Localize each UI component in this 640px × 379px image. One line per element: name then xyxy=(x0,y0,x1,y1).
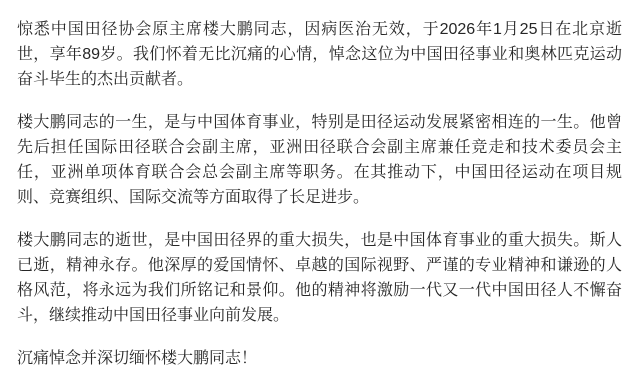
paragraph-legacy-tribute: 楼大鹏同志的逝世，是中国田径界的重大损失，也是中国体育事业的重大损失。斯人已逝，… xyxy=(17,228,622,328)
paragraph-death-announcement: 惊悉中国田径协会原主席楼大鹏同志，因病医治无效，于2026年1月25日在北京逝世… xyxy=(17,17,622,92)
paragraph-closing-condolence: 沉痛悼念并深切缅怀楼大鹏同志！ xyxy=(17,346,622,371)
paragraph-career-summary: 楼大鹏同志的一生，是与中国体育事业，特别是田径运动发展紧密相连的一生。他曾先后担… xyxy=(17,110,622,210)
obituary-article: 惊悉中国田径协会原主席楼大鹏同志，因病医治无效，于2026年1月25日在北京逝世… xyxy=(0,0,640,371)
